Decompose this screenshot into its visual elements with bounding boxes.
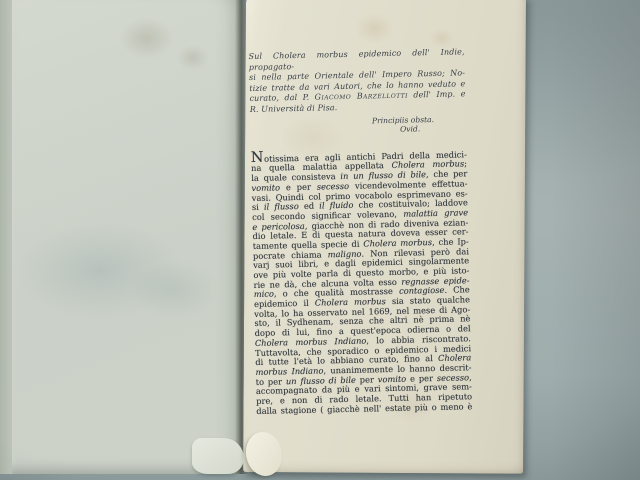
curled-page-corner-right [246,432,282,476]
epigraph: Principiis obsta. Ovid. [250,114,466,138]
curled-page-corner-left [192,438,244,474]
blank-left-page [12,0,244,474]
title-paragraph: Sul Cholera morbus epidemico dell' Indie… [249,47,466,115]
book-photo: Sul Cholera morbus epidemico dell' Indie… [0,0,640,480]
page-text: Sul Cholera morbus epidemico dell' Indie… [249,47,473,416]
body-paragraph: Notissima era agli antichi Padri della m… [251,149,473,416]
text-page: Sul Cholera morbus epidemico dell' Indie… [243,0,526,474]
